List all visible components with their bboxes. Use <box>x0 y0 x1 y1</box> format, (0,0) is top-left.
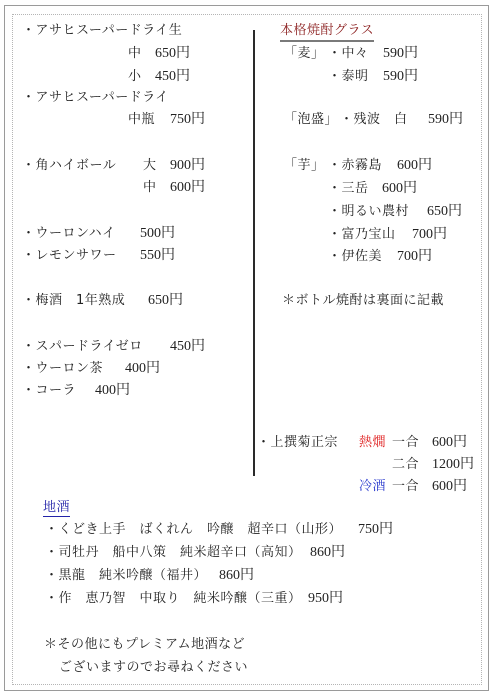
jizake-title: 地酒 <box>43 500 70 517</box>
asahi-draft-size-medium: 中 <box>128 46 142 62</box>
lemon-sour-price: 550円 <box>140 248 175 264</box>
asahi-bottle-price: 750円 <box>170 112 205 128</box>
imo-item-3-price: 650円 <box>427 204 462 220</box>
imo-label: 「芋」 <box>284 158 325 174</box>
oolong-tea-price: 400円 <box>125 361 160 377</box>
kaku-highball-price-medium: 600円 <box>170 180 205 196</box>
kikumasamune-name: ・上撰菊正宗 <box>257 435 338 451</box>
asahi-bottle-size: 中瓶 <box>128 112 155 128</box>
reishu-label: 冷酒 <box>359 479 386 495</box>
awamori-item-1-name: ・残波 白 <box>340 112 408 128</box>
oolong-hai-name: ・ウーロンハイ <box>22 226 116 242</box>
reishu-price: 600円 <box>432 479 467 495</box>
reishu-qty: 一合 <box>392 479 419 495</box>
lemon-sour-name: ・レモンサワー <box>22 248 117 264</box>
column-divider <box>253 30 255 476</box>
atsukan-price-2: 1200円 <box>432 457 474 473</box>
asahi-bottle-name: ・アサヒスーパードライ <box>22 90 169 106</box>
super-dry-zero-name: ・スパードライゼロ <box>22 339 143 355</box>
bottle-shochu-note: ＊ボトル焼酎は裏面に記載 <box>282 293 444 309</box>
atsukan-qty-2: 二合 <box>392 457 419 473</box>
awamori-item-1-price: 590円 <box>428 112 463 128</box>
jizake-item-1-name: ・くどき上手 ばくれん 吟醸 超辛口（山形） <box>45 522 342 538</box>
shochu-title: 本格焼酎グラス <box>280 23 374 42</box>
awamori-label: 「泡盛」 <box>284 112 338 128</box>
jizake-item-3-name: ・黒龍 純米吟醸（福井） <box>45 568 207 584</box>
cola-name: ・コーラ <box>22 383 76 399</box>
jizake-item-1-price: 750円 <box>358 522 393 538</box>
umeshu-price: 650円 <box>148 293 183 309</box>
imo-item-4-name: ・富乃宝山 <box>328 227 396 243</box>
jizake-note-line-2: ございますのでお尋ねください <box>59 660 248 676</box>
mugi-item-1-price: 590円 <box>383 46 418 62</box>
imo-item-2-price: 600円 <box>382 181 417 197</box>
asahi-draft-price-small: 450円 <box>155 69 190 85</box>
mugi-item-1-name: ・中々 <box>328 46 369 62</box>
kaku-highball-size-medium: 中 <box>143 180 157 196</box>
jizake-note-line-1: ＊その他にもプレミアム地酒など <box>44 637 245 653</box>
atsukan-qty-1: 一合 <box>392 435 419 451</box>
umeshu-name: ・梅酒 1年熟成 <box>22 293 125 309</box>
jizake-item-3-price: 860円 <box>219 568 254 584</box>
atsukan-label: 熱燗 <box>359 435 386 451</box>
kaku-highball-name: ・角ハイボール <box>22 158 116 174</box>
mugi-item-2-price: 590円 <box>383 69 418 85</box>
kaku-highball-size-large: 大 <box>143 158 157 174</box>
jizake-item-2-price: 860円 <box>310 545 345 561</box>
kaku-highball-price-large: 900円 <box>170 158 205 174</box>
super-dry-zero-price: 450円 <box>170 339 205 355</box>
asahi-draft-name: ・アサヒスーパードライ生 <box>22 23 182 39</box>
oolong-tea-name: ・ウーロン茶 <box>22 361 103 377</box>
imo-item-1-name: ・赤霧島 <box>328 158 382 174</box>
mugi-item-2-name: ・泰明 <box>328 69 369 85</box>
imo-item-5-name: ・伊佐美 <box>328 249 382 265</box>
cola-price: 400円 <box>95 383 130 399</box>
imo-item-2-name: ・三岳 <box>328 181 369 197</box>
imo-item-3-name: ・明るい農村 <box>328 204 409 220</box>
atsukan-price-1: 600円 <box>432 435 467 451</box>
jizake-item-4-name: ・作 恵乃智 中取り 純米吟醸（三重） <box>45 591 302 607</box>
imo-item-5-price: 700円 <box>397 249 432 265</box>
mugi-label: 「麦」 <box>284 46 325 62</box>
imo-item-4-price: 700円 <box>412 227 447 243</box>
imo-item-1-price: 600円 <box>397 158 432 174</box>
jizake-item-2-name: ・司牡丹 船中八策 純米超辛口（高知） <box>45 545 302 561</box>
jizake-item-4-price: 950円 <box>308 591 343 607</box>
oolong-hai-price: 500円 <box>140 226 175 242</box>
asahi-draft-size-small: 小 <box>128 69 142 85</box>
asahi-draft-price-medium: 650円 <box>155 46 190 62</box>
